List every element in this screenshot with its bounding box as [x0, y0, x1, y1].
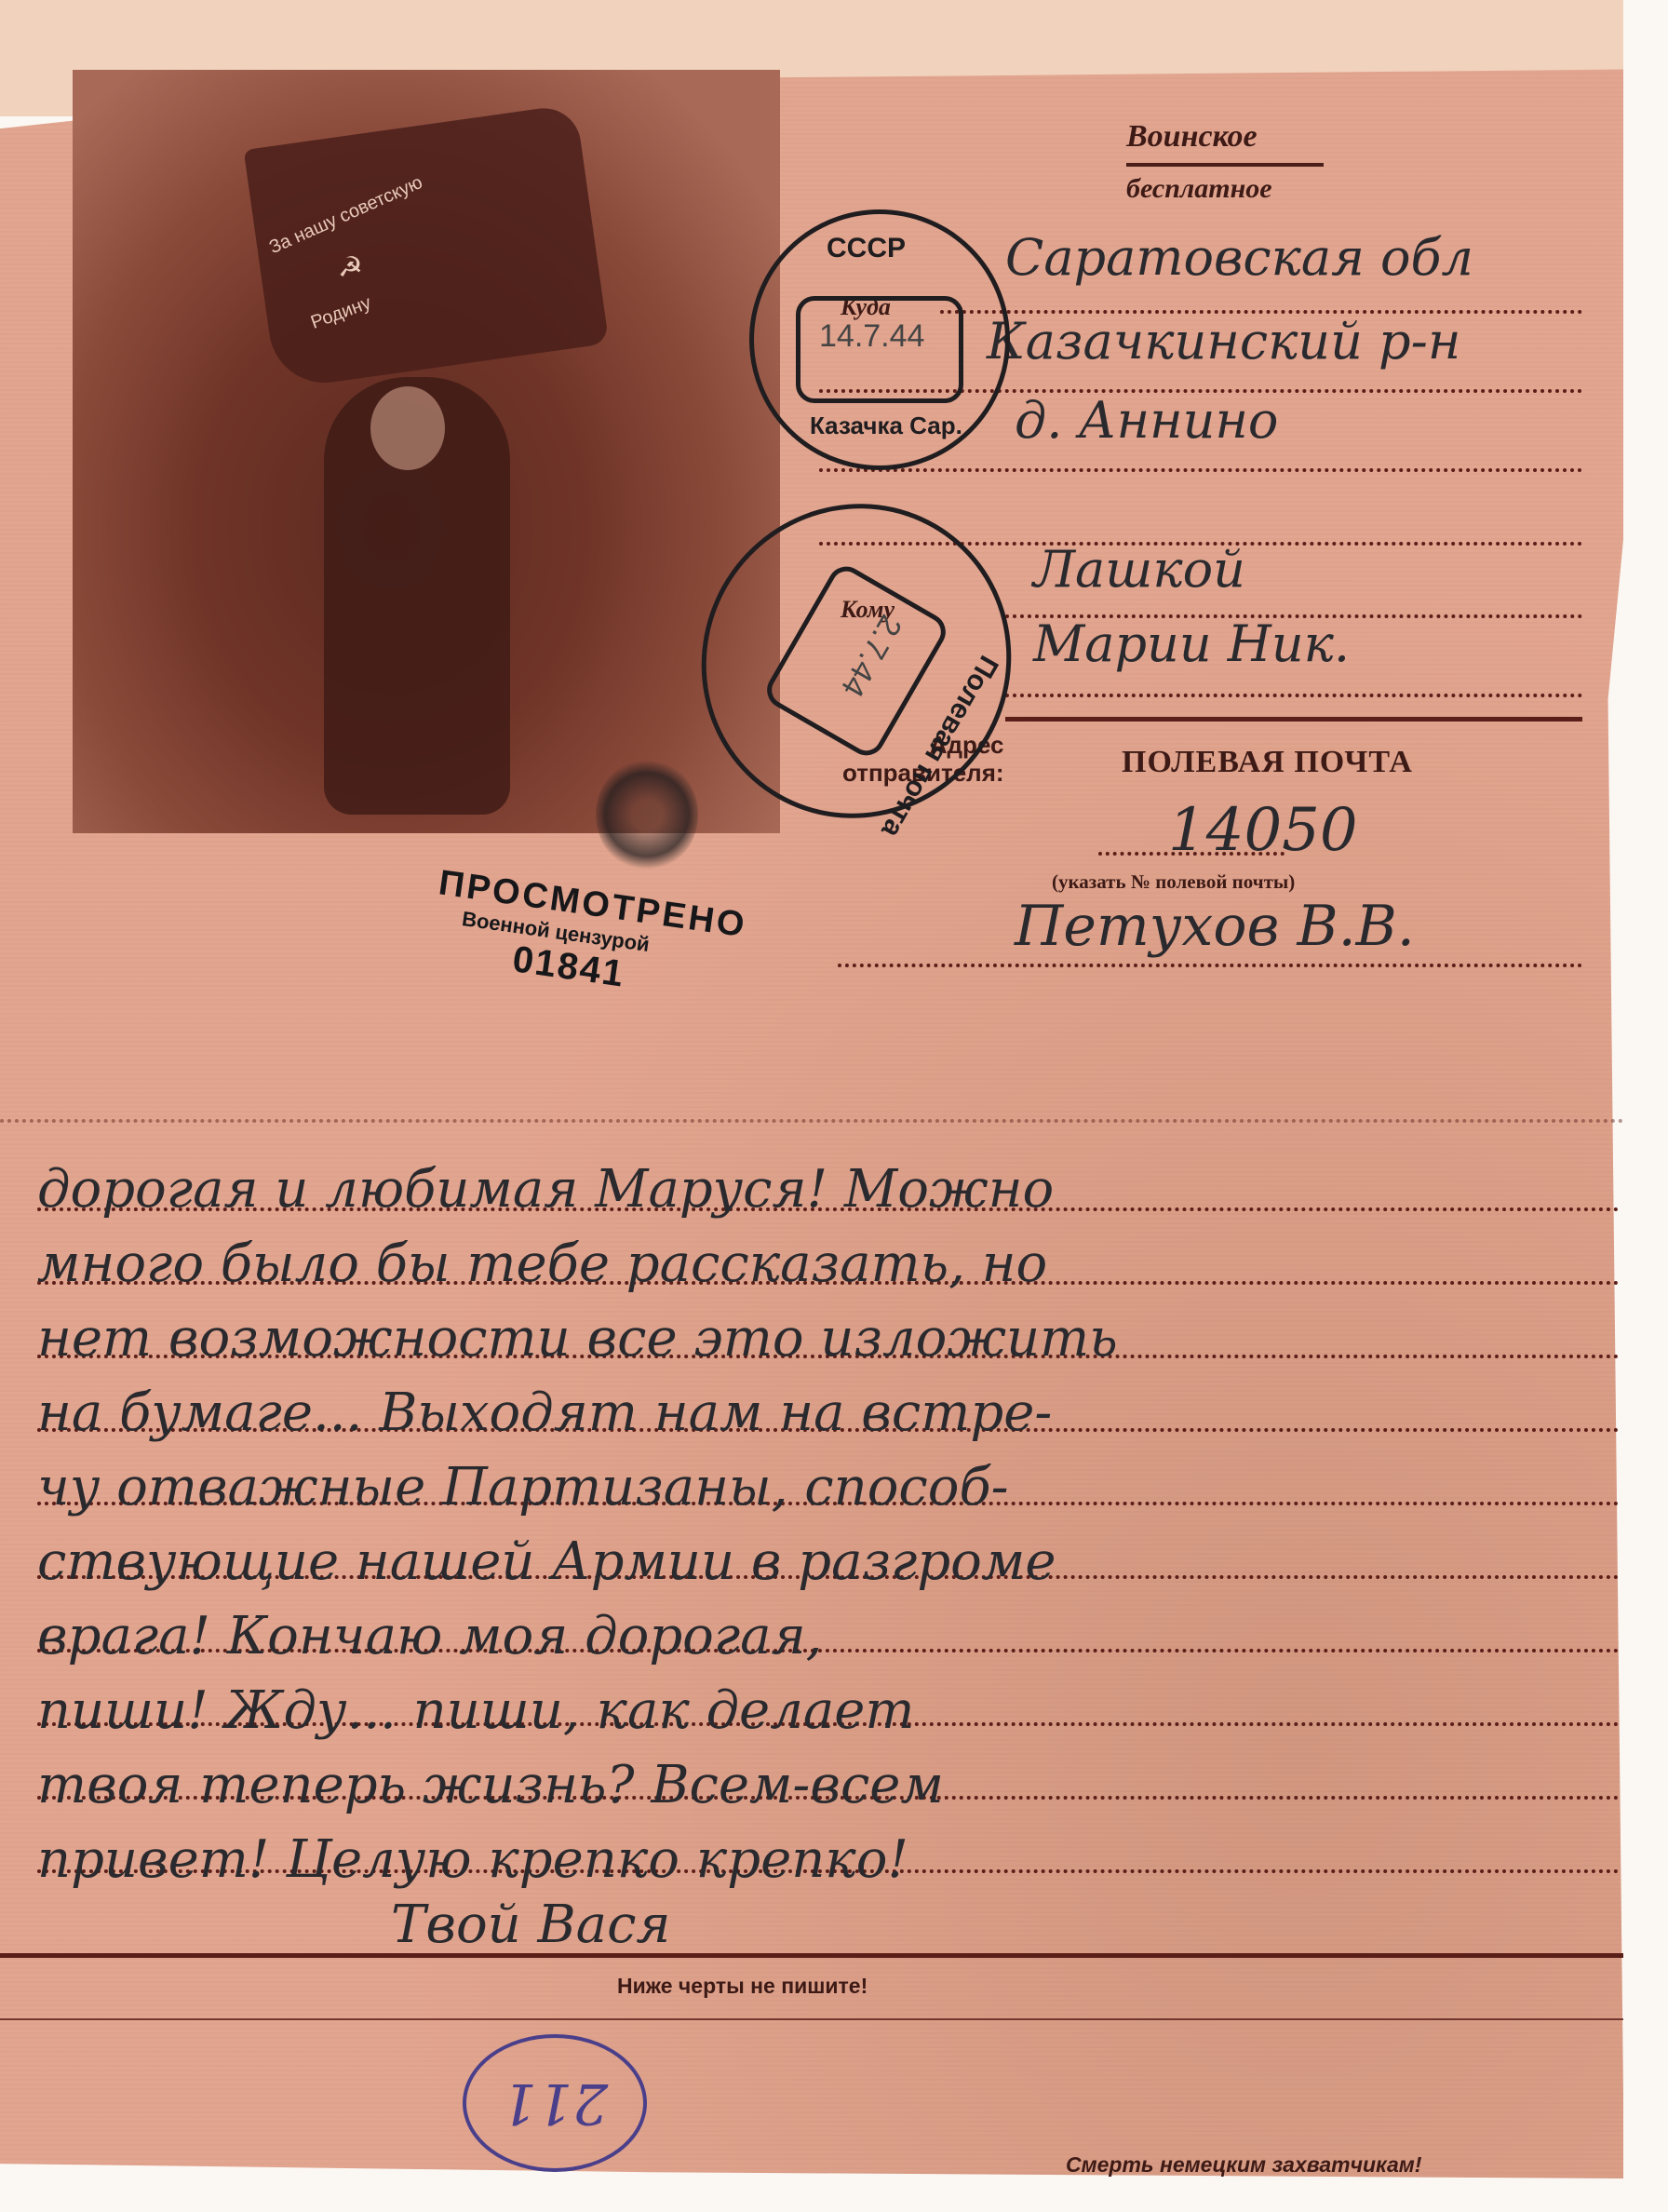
- field-post-letter: За нашу советскую ☭ Родину Воинское бесп…: [0, 0, 1668, 2212]
- recipient-line: Казачкинский р-н: [987, 312, 1460, 371]
- footer-note: Ниже черты не пишите!: [617, 1974, 868, 1999]
- letter-line: твоя теперь жизнь? Всем-всем: [37, 1755, 944, 1815]
- letter-line: дорогая и любимая Маруся! Можно: [37, 1159, 1054, 1220]
- do-not-write-rule: [0, 1953, 1624, 1958]
- header-free: бесплатное: [1126, 173, 1272, 205]
- letter-line: ствующие нашей Армии в разгроме: [37, 1531, 1056, 1592]
- archive-number-mark: 211: [463, 2034, 647, 2172]
- address-line: [1005, 694, 1582, 697]
- header-military: Воинское: [1126, 119, 1258, 155]
- sender-line: [838, 964, 1582, 967]
- letter-line: чу отважные Партизаны, способ-: [37, 1457, 1009, 1517]
- postmark-destination: СССР 14.7.44 Казачка Сар.: [749, 209, 1010, 470]
- smudged-stamp: [596, 759, 698, 870]
- recipient-line: Марии Ник.: [1033, 614, 1350, 673]
- field-post-line: [1098, 852, 1285, 856]
- recipient-line: Саратовская обл: [1005, 228, 1473, 287]
- tear-line: [0, 2018, 1624, 2020]
- recipient-line: д. Аннино: [1015, 391, 1278, 450]
- recipient-line: Лашкой: [1033, 540, 1245, 599]
- postmark-top-text: СССР: [827, 233, 906, 264]
- letter-line: пиши! Жду... пиши, как делает: [37, 1680, 914, 1741]
- letter-line: привет! Целую крепко крепко!: [37, 1829, 908, 1890]
- patriotic-illustration: За нашу советскую ☭ Родину: [73, 70, 780, 833]
- letter-line: на бумаге... Выходят нам на встре-: [37, 1382, 1052, 1443]
- sender-name: Петухов В.В.: [1015, 894, 1415, 959]
- hammer-sickle-icon: ☭: [338, 251, 363, 284]
- postmark-ring-text: Казачка Сар.: [810, 411, 962, 440]
- field-post-title: ПОЛЕВАЯ ПОЧТА: [1122, 745, 1413, 780]
- soldier-face: [370, 386, 445, 470]
- header-rule: [1126, 163, 1324, 167]
- scan-margin: [1623, 0, 1668, 2212]
- field-post-hint: (указать № полевой почты): [1052, 870, 1295, 894]
- fold-line: [0, 1119, 1624, 1123]
- letter-line: нет возможности все это изложить: [37, 1308, 1118, 1369]
- postmark-date: 14.7.44: [819, 318, 924, 355]
- letter-line: врага! Кончаю моя дорогая,: [37, 1606, 822, 1666]
- address-divider: [1005, 717, 1582, 722]
- letter-line: много было бы тебе рассказать, но: [37, 1234, 1047, 1294]
- letter-signature: Твой Вася: [391, 1895, 671, 1955]
- slogan: Смерть немецким захватчикам!: [1066, 2152, 1421, 2178]
- address-line: [819, 468, 1582, 472]
